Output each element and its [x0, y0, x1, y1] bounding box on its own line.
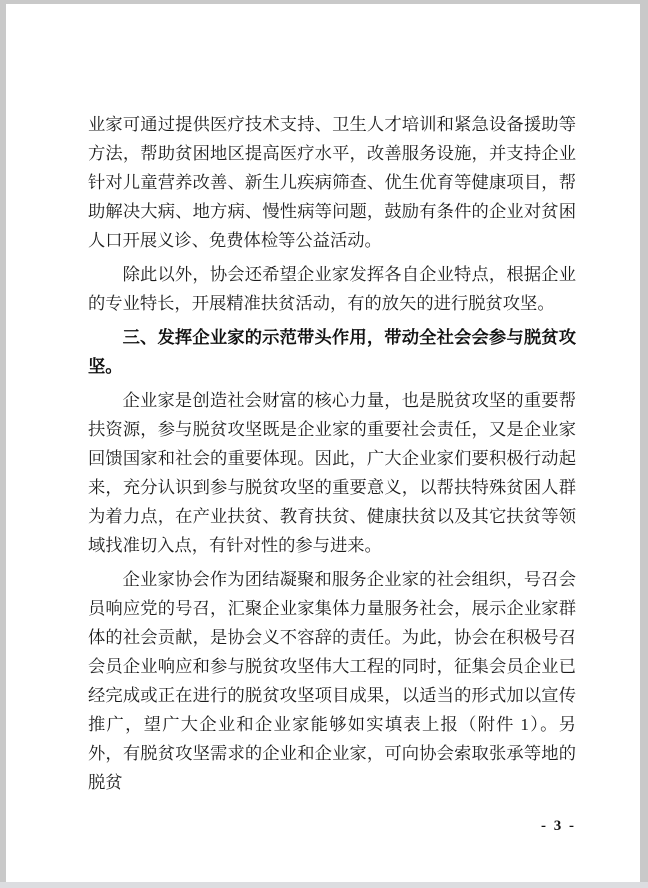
paragraph-continuation: 业家可通过提供医疗技术支持、卫生人才培训和紧急设备援助等方法，帮助贫困地区提高医…: [88, 110, 576, 255]
paragraph: 除此以外，协会还希望企业家发挥各自企业特点，根据企业的专业特长，开展精准扶贫活动…: [88, 260, 576, 318]
paragraph: 企业家协会作为团结凝聚和服务企业家的社会组织，号召会员响应党的号召，汇聚企业家集…: [88, 565, 576, 797]
paragraph: 企业家是创造社会财富的核心力量，也是脱贫攻坚的重要帮扶资源，参与脱贫攻坚既是企业…: [88, 386, 576, 560]
page-number: - 3 -: [88, 818, 576, 835]
document-page: 业家可通过提供医疗技术支持、卫生人才培训和紧急设备援助等方法，帮助贫困地区提高医…: [6, 4, 640, 882]
scanned-document-background: { "document": { "paragraphs": [ { "text"…: [0, 0, 648, 888]
scanner-edge: [0, 882, 648, 888]
section-heading: 三、发挥企业家的示范带头作用，带动全社会会参与脱贫攻坚。: [88, 323, 576, 381]
text-block: 业家可通过提供医疗技术支持、卫生人才培训和紧急设备援助等方法，帮助贫困地区提高医…: [88, 110, 576, 802]
